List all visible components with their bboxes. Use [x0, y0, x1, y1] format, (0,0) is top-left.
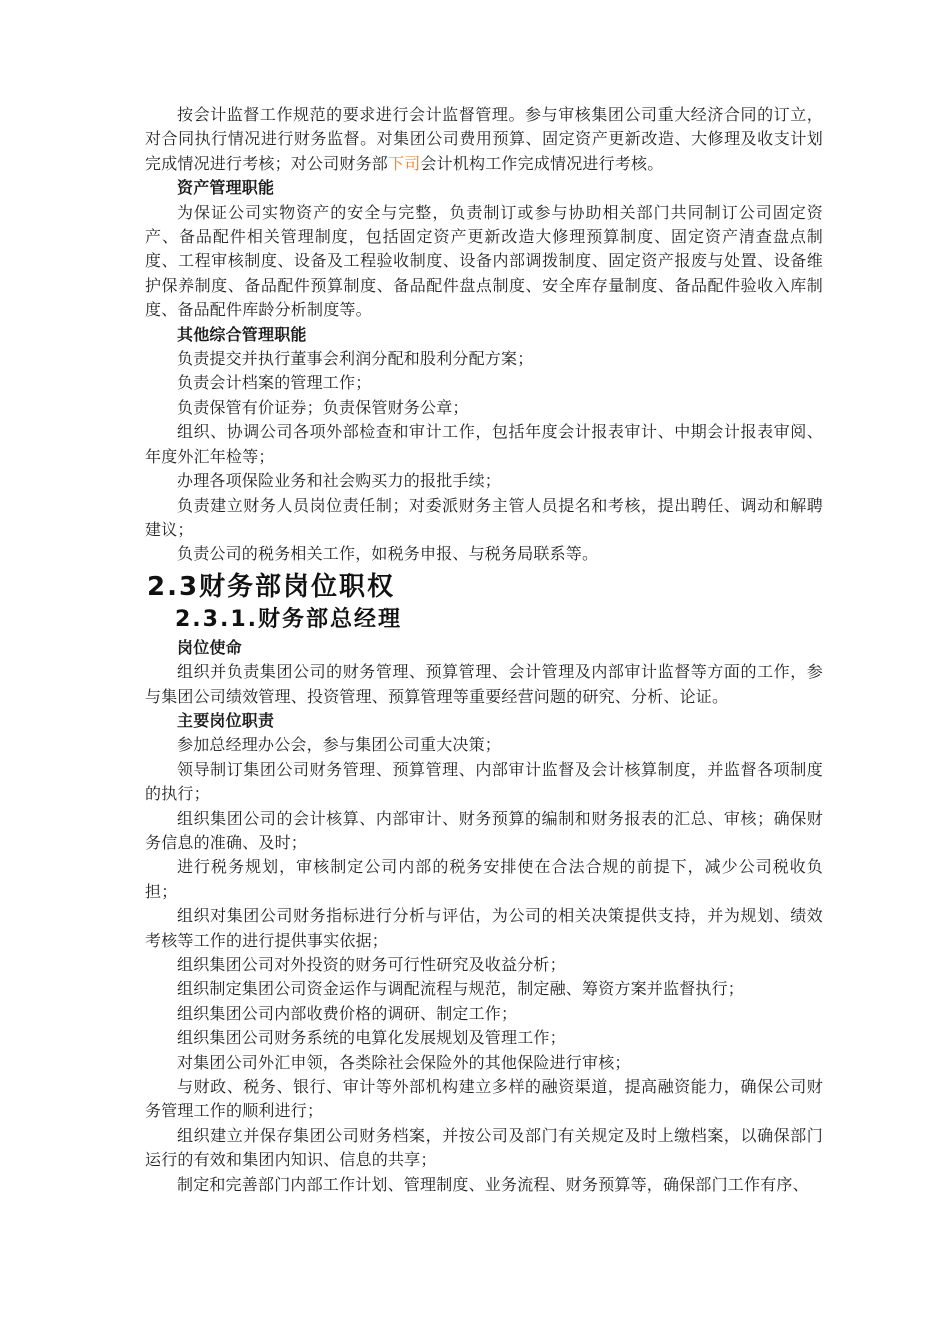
paragraph: 参加总经理办公会，参与集团公司重大决策；: [145, 733, 823, 757]
paragraph: 组织集团公司对外投资的财务可行性研究及收益分析；: [145, 953, 823, 977]
highlighted-text: 下司: [388, 154, 420, 173]
paragraph: 办理各项保险业务和社会购买力的报批手续；: [145, 469, 823, 493]
paragraph: 组织、协调公司各项外部检查和审计工作，包括年度会计报表审计、中期会计报表审阅、年…: [145, 420, 823, 469]
paragraph-subhead: 主要岗位职责: [145, 709, 823, 733]
document-page: 按会计监督工作规范的要求进行会计监督管理。参与审核集团公司重大经济合同的订立，对…: [0, 0, 950, 1344]
paragraph: 制定和完善部门内部工作计划、管理制度、业务流程、财务预算等，确保部门工作有序、: [145, 1173, 823, 1197]
paragraph: 组织并负责集团公司的财务管理、预算管理、会计管理及内部审计监督等方面的工作，参与…: [145, 660, 823, 709]
paragraph: 负责保管有价证券；负责保管财务公章；: [145, 396, 823, 420]
paragraph: 组织建立并保存集团公司财务档案，并按公司及部门有关规定及时上缴档案，以确保部门运…: [145, 1124, 823, 1173]
paragraph: 为保证公司实物资产的安全与完整，负责制订或参与协助相关部门共同制订公司固定资产、…: [145, 201, 823, 323]
paragraph-subhead: 岗位使命: [145, 636, 823, 660]
paragraph: 进行税务规划，审核制定公司内部的税务安排使在合法合规的前提下，减少公司税收负担；: [145, 855, 823, 904]
paragraph: 组织制定集团公司资金运作与调配流程与规范，制定融、筹资方案并监督执行；: [145, 977, 823, 1001]
paragraph: 组织集团公司财务系统的电算化发展规划及管理工作；: [145, 1026, 823, 1050]
section-heading: 2.3财务部岗位职权: [147, 570, 823, 605]
paragraph-subhead: 其他综合管理职能: [145, 323, 823, 347]
paragraph: 对集团公司外汇申领，各类除社会保险外的其他保险进行审核；: [145, 1051, 823, 1075]
paragraph: 组织集团公司内部收费价格的调研、制定工作；: [145, 1002, 823, 1026]
subsection-heading: 2.3.1.财务部总经理: [175, 605, 823, 635]
paragraph: 组织对集团公司财务指标进行分析与评估，为公司的相关决策提供支持，并为规划、绩效考…: [145, 904, 823, 953]
paragraph: 负责会计档案的管理工作；: [145, 371, 823, 395]
paragraph: 与财政、税务、银行、审计等外部机构建立多样的融资渠道，提高融资能力，确保公司财务…: [145, 1075, 823, 1124]
document-body: 按会计监督工作规范的要求进行会计监督管理。参与审核集团公司重大经济合同的订立，对…: [145, 103, 823, 1197]
paragraph: 领导制订集团公司财务管理、预算管理、内部审计监督及会计核算制度，并监督各项制度的…: [145, 758, 823, 807]
paragraph: 组织集团公司的会计核算、内部审计、财务预算的编制和财务报表的汇总、审核；确保财务…: [145, 807, 823, 856]
paragraph: 负责公司的税务相关工作，如税务申报、与税务局联系等。: [145, 542, 823, 566]
paragraph: 负责提交并执行董事会利润分配和股利分配方案；: [145, 347, 823, 371]
paragraph: 负责建立财务人员岗位责任制；对委派财务主管人员提名和考核，提出聘任、调动和解聘建…: [145, 494, 823, 543]
paragraph: 按会计监督工作规范的要求进行会计监督管理。参与审核集团公司重大经济合同的订立，对…: [145, 103, 823, 176]
text-run: 会计机构工作完成情况进行考核。: [420, 154, 663, 173]
paragraph-subhead: 资产管理职能: [145, 176, 823, 200]
